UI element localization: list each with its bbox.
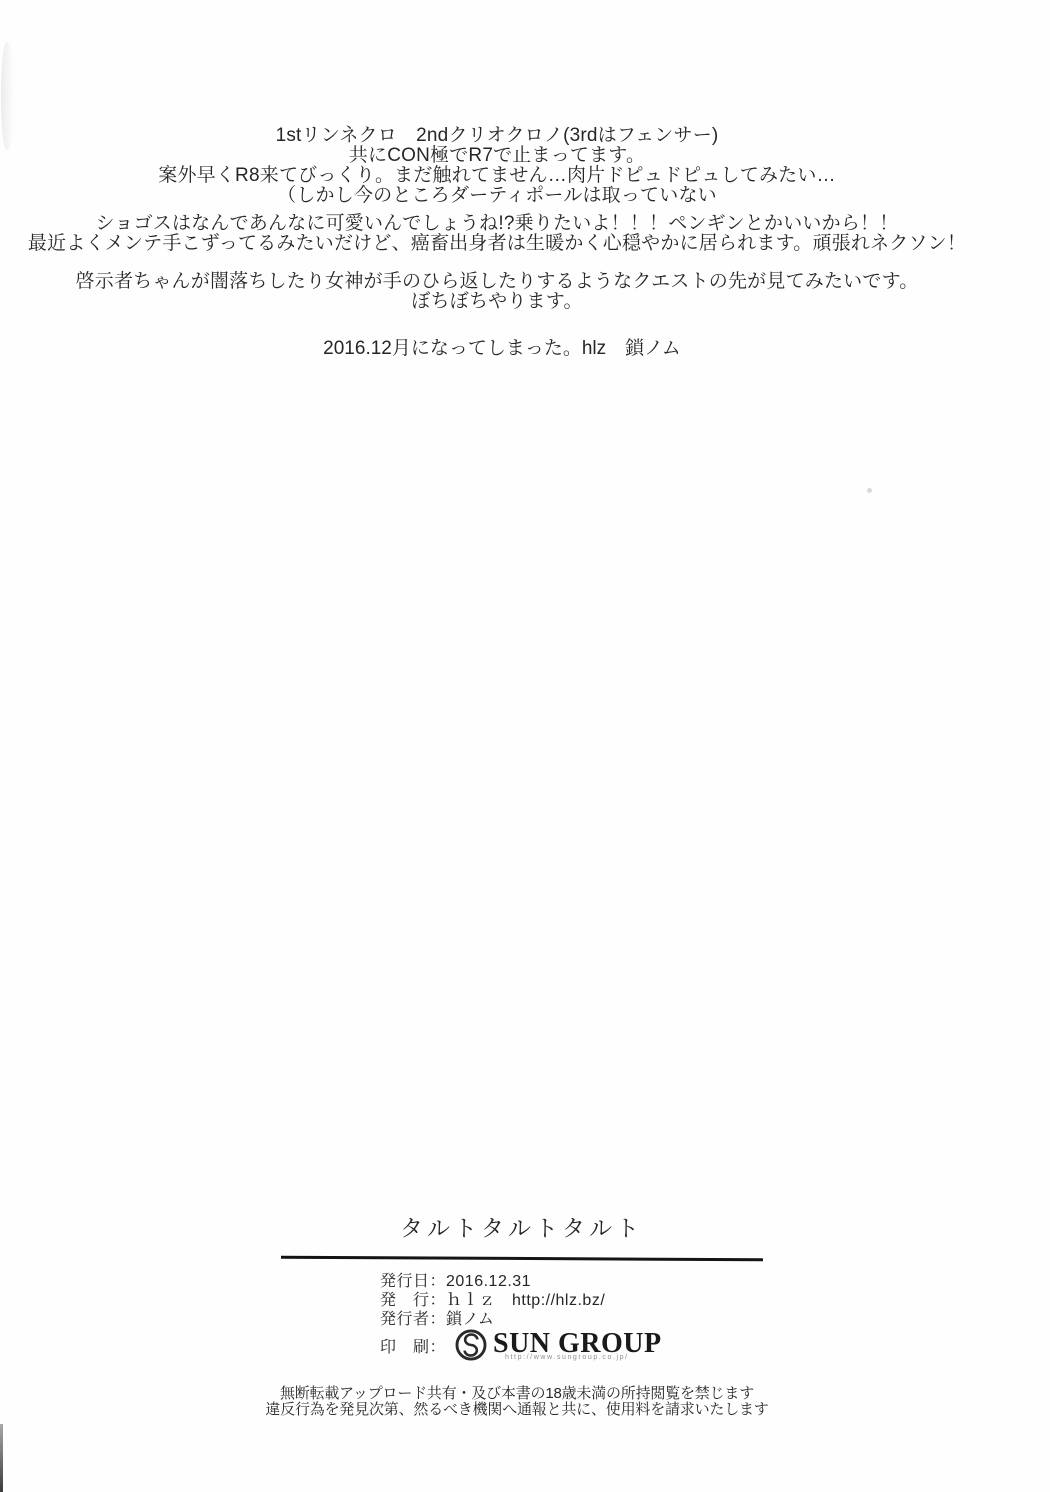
afterword-line: ぼちぼちやります。 bbox=[0, 292, 994, 312]
afterword-line: （しかし今のところダーティポールは取っていない bbox=[0, 186, 994, 206]
printer-url: http://www.sungroup.co.jp/ bbox=[493, 1354, 662, 1361]
colophon-row-printer: 印 刷： SUN GROUP http://www.sungroup.co.jp… bbox=[380, 1328, 662, 1362]
copyright-warning: 無断転載アップロード共有・及び本書の18歳未満の所持閲覧を禁じます 違反行為を発… bbox=[0, 1386, 1034, 1417]
printer-label: 印 刷： bbox=[380, 1334, 446, 1357]
afterword-paragraph-quest: 啓示者ちゃんが闇落ちしたり女神が手のひら返したりするようなクエストの先が見てみた… bbox=[0, 272, 994, 312]
afterword-line: 案外早くR8来てびっくり。まだ触れてません…肉片ドピュドピュしてみたい… bbox=[0, 166, 994, 186]
afterword-line: ショゴスはなんであんなに可愛いんでしょうね!?乗りたいよ！！！ペンギンとかいいか… bbox=[0, 214, 994, 234]
afterword-line: 1stリンネクロ 2ndクリオクロノ(3rdはフェンサー) bbox=[0, 126, 994, 146]
printer-name: SUN GROUP bbox=[493, 1330, 662, 1357]
warning-line: 違反行為を発見次第、然るべき機関へ通報と共に、使用料を請求いたします bbox=[0, 1402, 1034, 1418]
colophon-row-publish-date: 発行日：2016.12.31 bbox=[380, 1272, 605, 1291]
colophon-divider bbox=[281, 1256, 763, 1262]
afterword-line: 啓示者ちゃんが闇落ちしたり女神が手のひら返したりするようなクエストの先が見てみた… bbox=[0, 272, 994, 292]
colophon-info: 発行日：2016.12.31 発 行：ｈｌｚ http://hlz.bz/ 発行… bbox=[380, 1272, 605, 1329]
colophon-row-author: 発行者：鎖ノム bbox=[380, 1310, 605, 1329]
afterword-line: 共にCON極でR7で止まってます。 bbox=[0, 146, 994, 166]
book-title: タルトタルトタルト bbox=[0, 1210, 1043, 1243]
sun-group-circle-s-icon bbox=[454, 1328, 488, 1362]
afterword-paragraph-shoggoth: ショゴスはなんであんなに可愛いんでしょうね!?乗りたいよ！！！ペンギンとかいいか… bbox=[0, 214, 994, 254]
afterword-signoff: 2016.12月になってしまった。hlz 鎖ノム bbox=[0, 338, 1004, 360]
scan-speck bbox=[867, 488, 872, 493]
afterword-paragraph-games: 1stリンネクロ 2ndクリオクロノ(3rdはフェンサー) 共にCON極でR7で… bbox=[0, 126, 994, 206]
colophon-row-publisher-circle: 発 行：ｈｌｚ http://hlz.bz/ bbox=[380, 1291, 605, 1310]
scanned-afterword-page: 1stリンネクロ 2ndクリオクロノ(3rdはフェンサー) 共にCON極でR7で… bbox=[0, 0, 1050, 1492]
printer-identity: SUN GROUP http://www.sungroup.co.jp/ bbox=[493, 1330, 662, 1361]
scan-edge-shadow bbox=[0, 1424, 3, 1492]
afterword-line: 最近よくメンテ手こずってるみたいだけど、癌畜出身者は生暖かく心穏やかに居られます… bbox=[0, 234, 994, 254]
warning-line: 無断転載アップロード共有・及び本書の18歳未満の所持閲覧を禁じます bbox=[0, 1386, 1034, 1402]
